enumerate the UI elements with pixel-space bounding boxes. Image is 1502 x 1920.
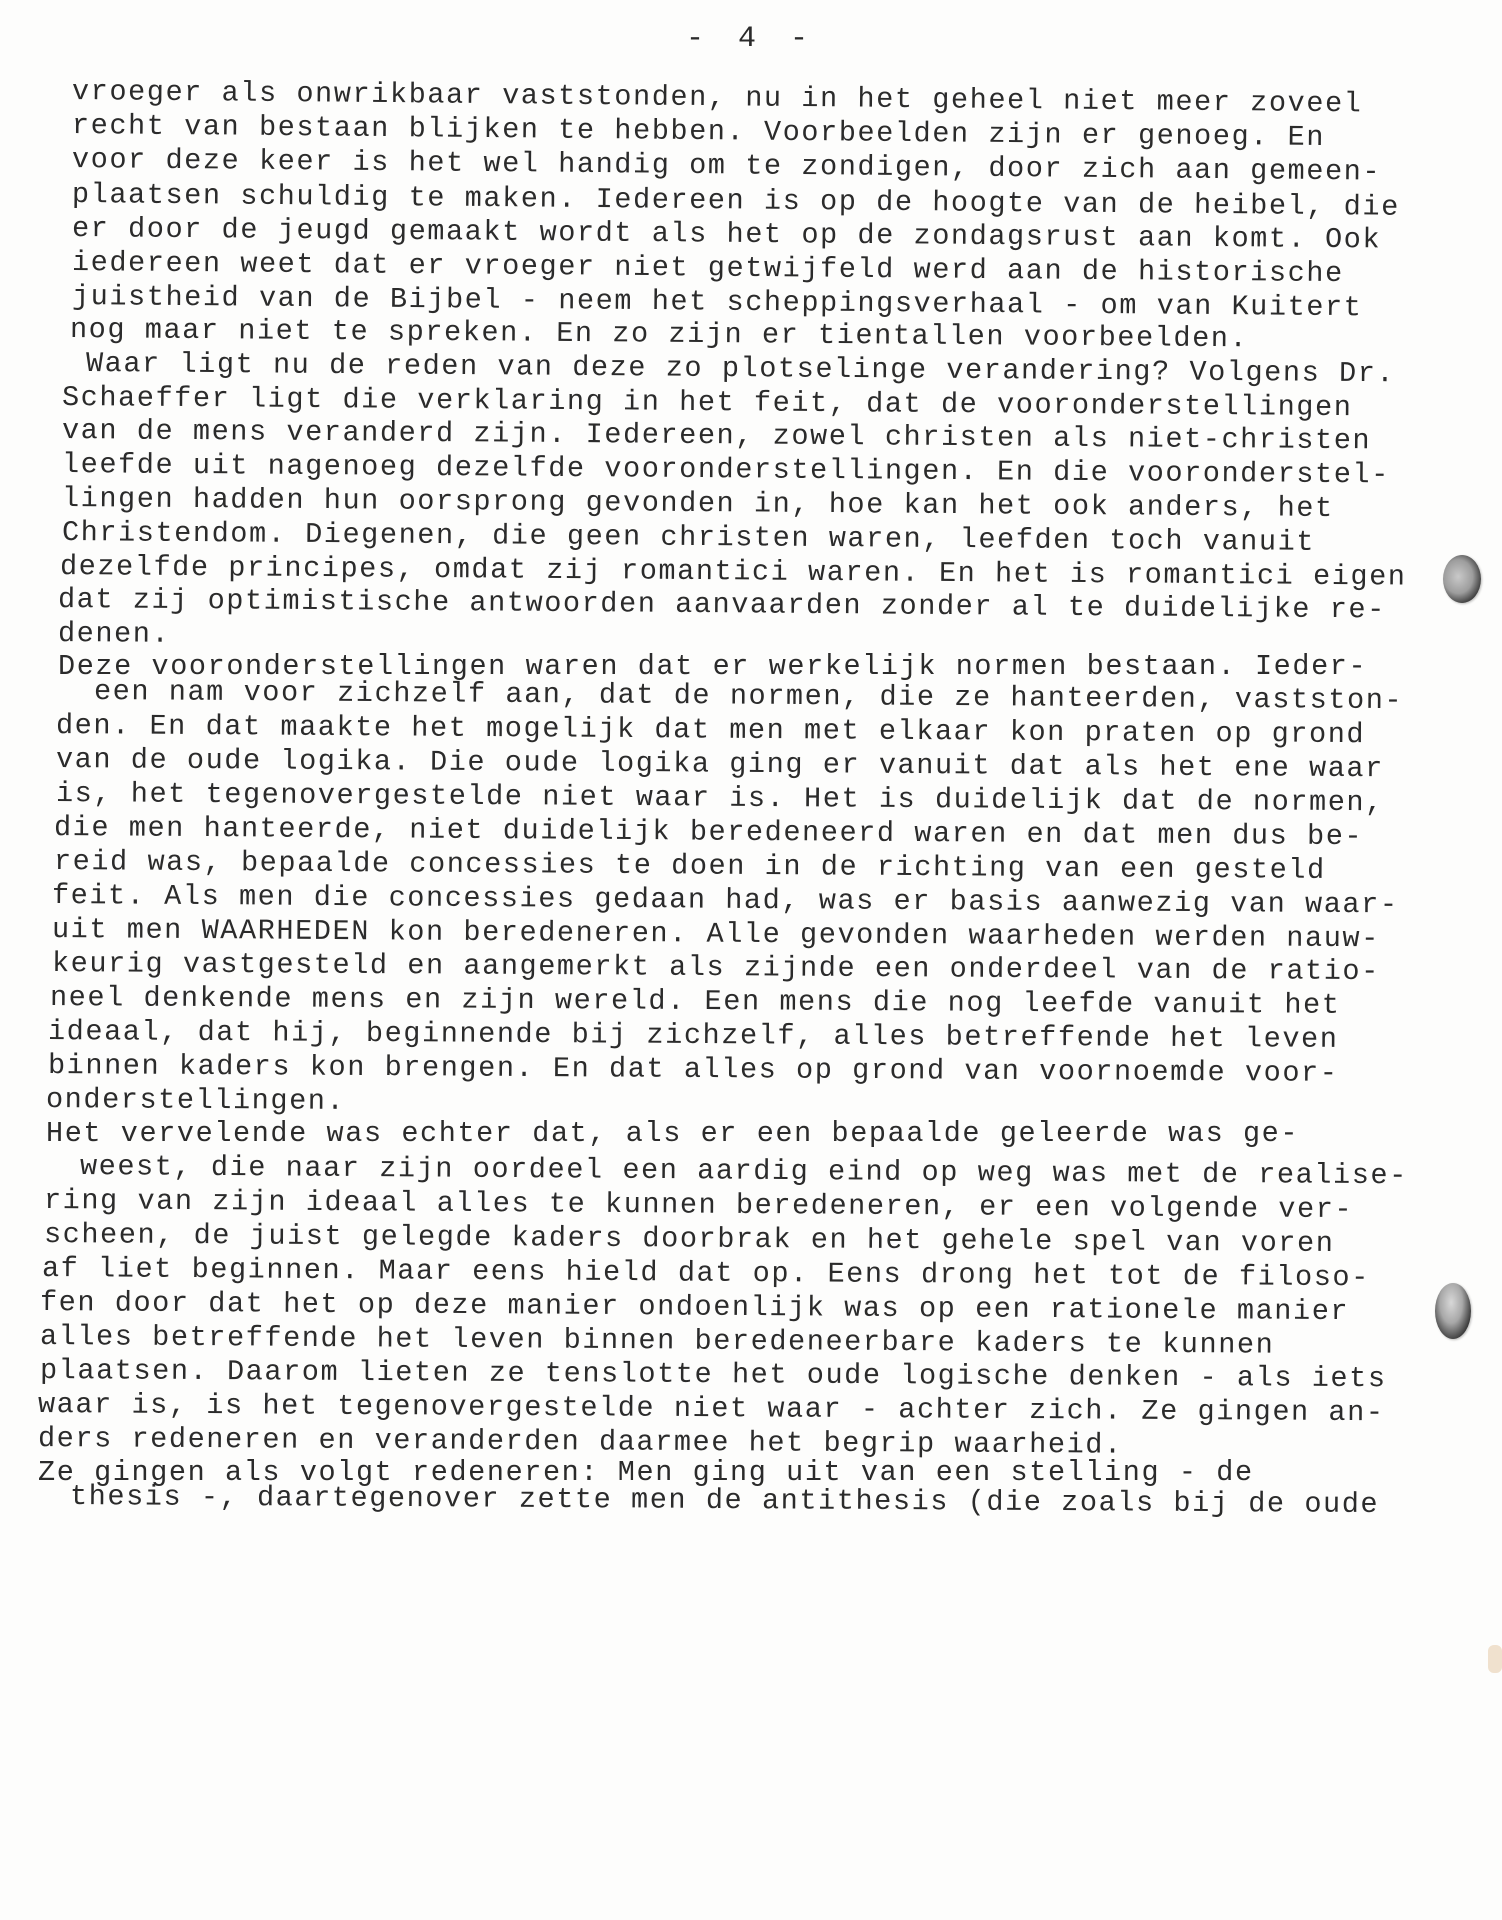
page-number: - 4 - [0, 22, 1502, 56]
text-line: thesis -, daartegenover zette men de ant… [70, 1480, 1379, 1522]
paper-stain [1488, 1645, 1502, 1673]
punch-hole-icon [1443, 555, 1481, 603]
text-line: onderstellingen. [46, 1083, 345, 1119]
text-line: denen. [58, 617, 170, 652]
punch-hole-icon [1435, 1283, 1471, 1339]
text-line: Het vervelende was echter dat, als er ee… [46, 1117, 1299, 1151]
scanned-document-page: - 4 - vroeger als onwrikbaar vaststonden… [0, 0, 1502, 1920]
